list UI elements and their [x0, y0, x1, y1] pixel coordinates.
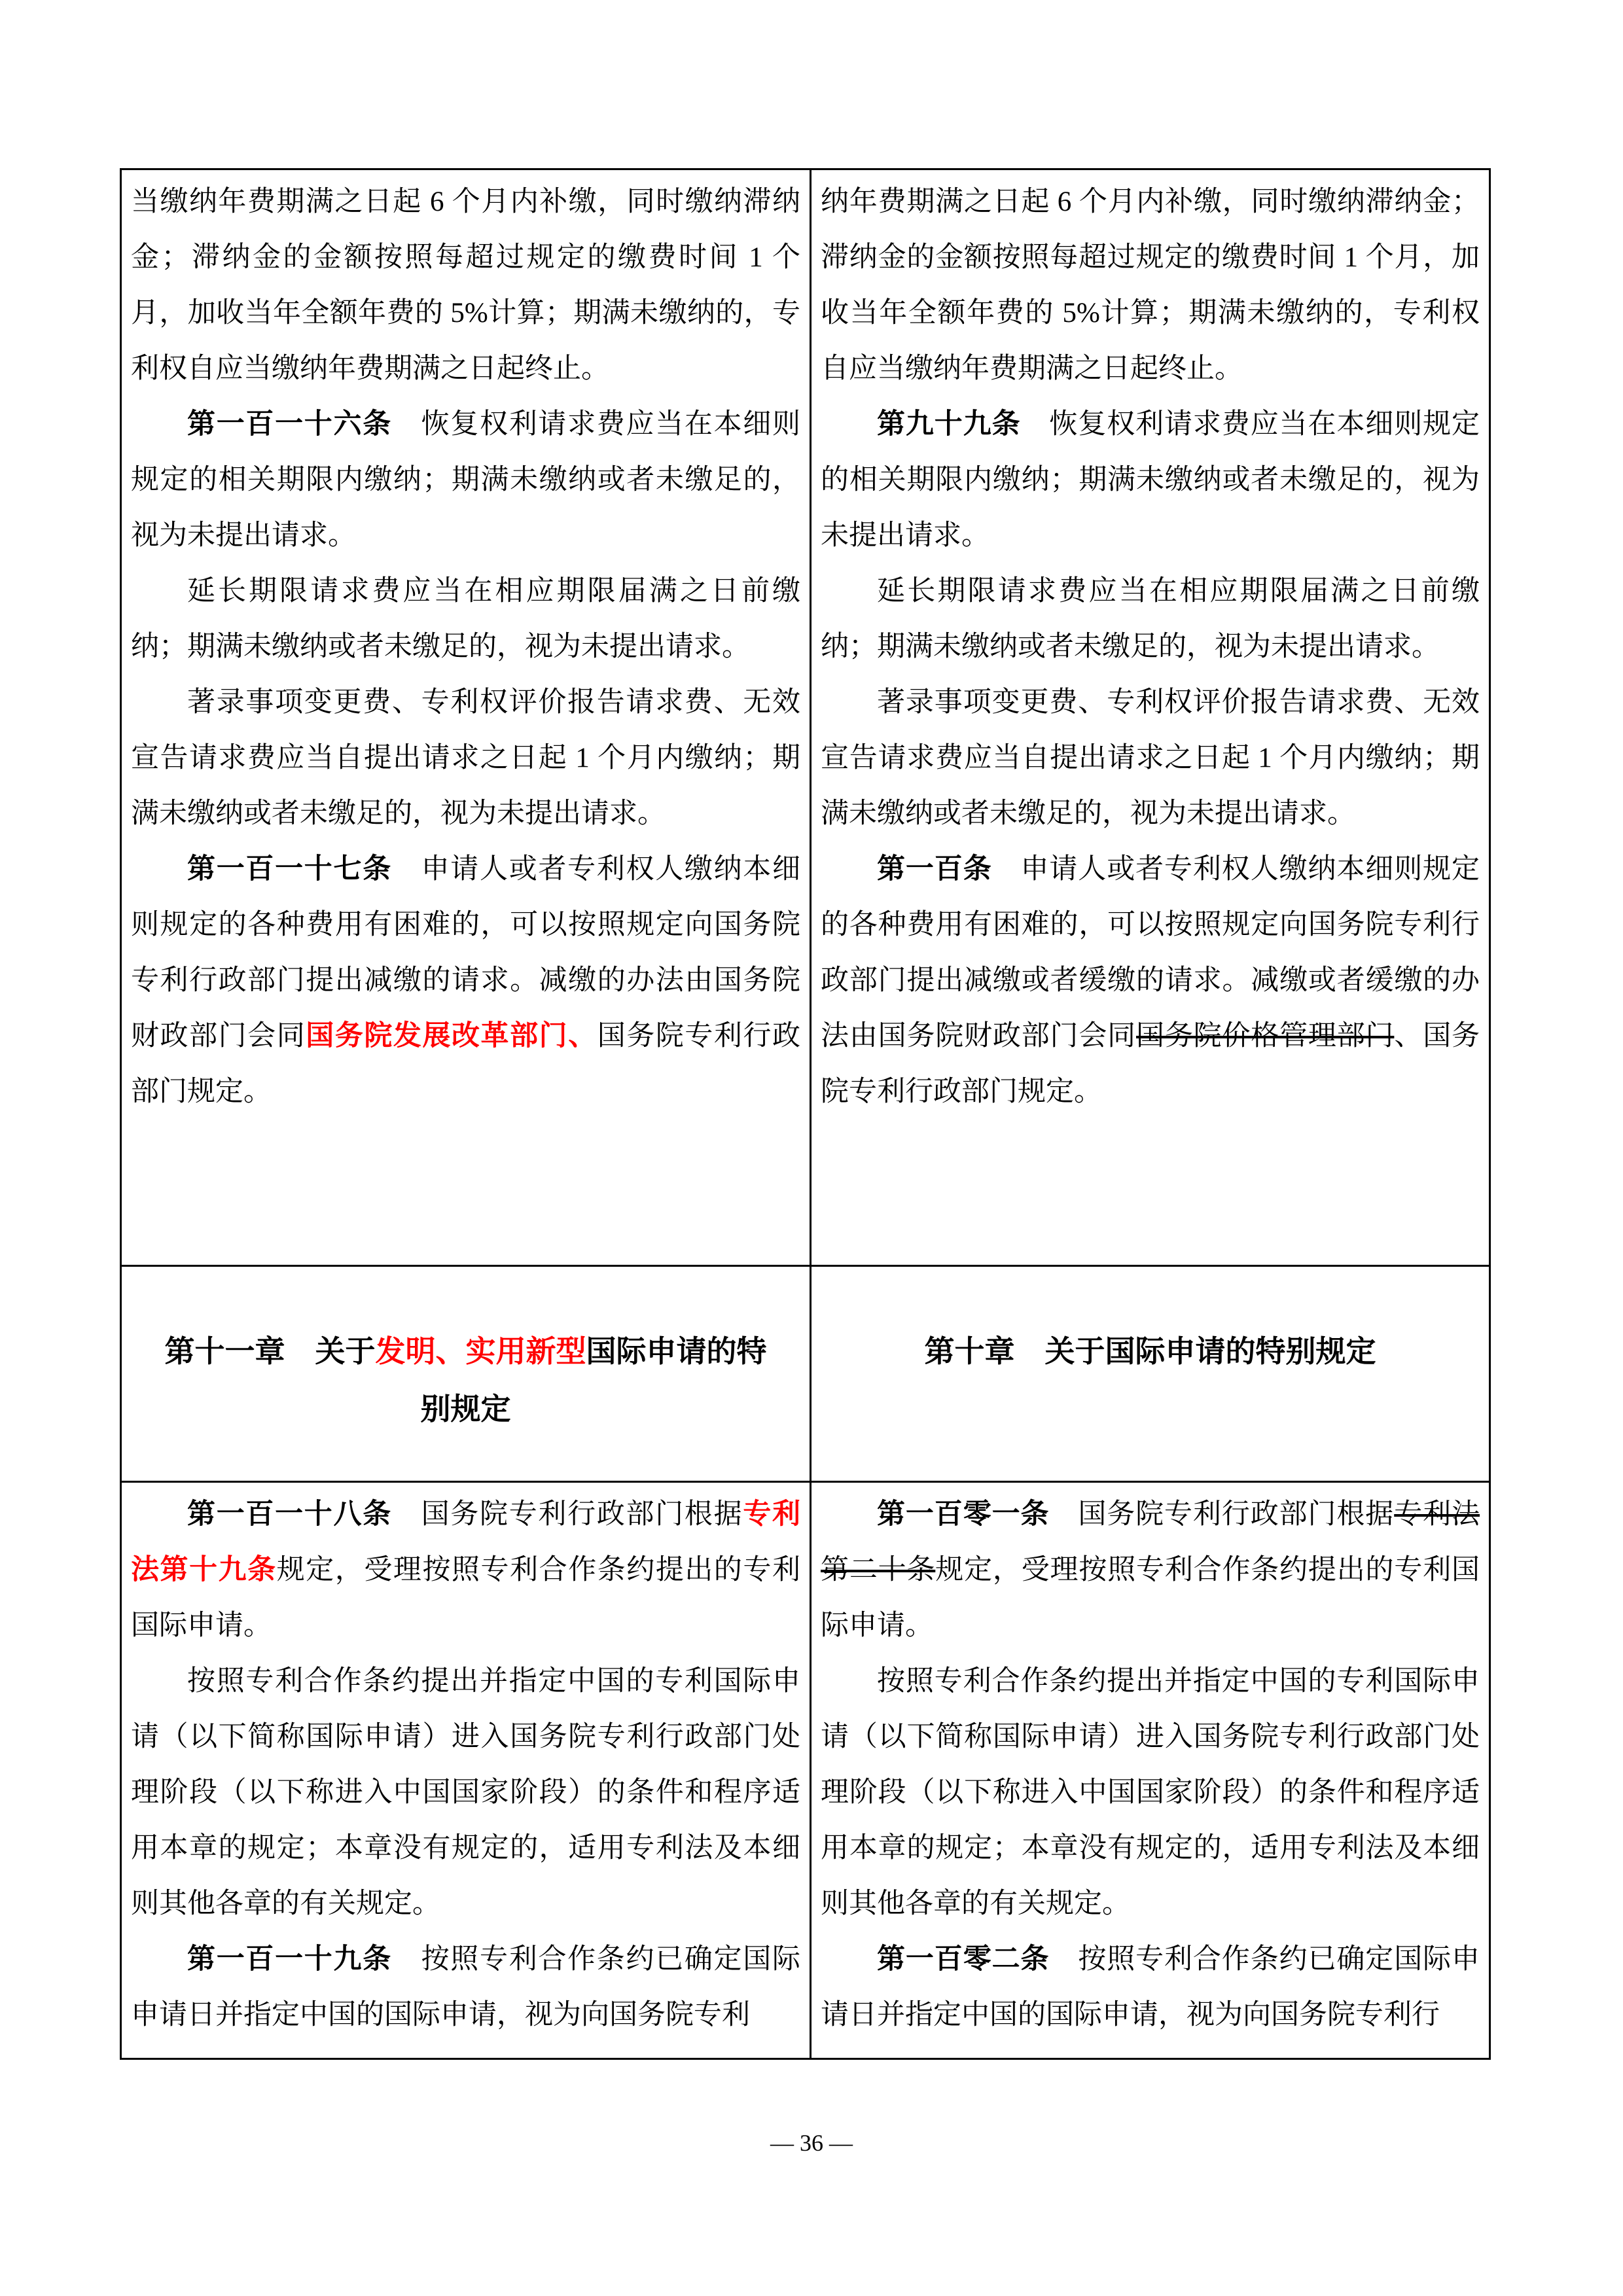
- international-section-old-text-cell: 第一百零一条 国务院专利行政部门根据专利法第二十条规定，受理按照专利合作条约提出…: [811, 1483, 1489, 2058]
- text-run: 著录事项变更费、专利权评价报告请求费、无效宣告请求费应当自提出请求之日起 1 个…: [821, 687, 1480, 829]
- text-run: 第一百一十九条: [187, 1944, 421, 1975]
- paragraph: 第一百一十九条 按照专利合作条约已确定国际申请日并指定中国的国际申请，视为向国务…: [131, 1932, 800, 2043]
- international-section-new-text-cell: 第一百一十八条 国务院专利行政部门根据专利法第十九条规定，受理按照专利合作条约提…: [122, 1483, 811, 2058]
- text-run: 延长期限请求费应当在相应期限届满之日前缴纳；期满未缴纳或者未缴足的，视为未提出请…: [821, 576, 1480, 662]
- text-run: 别规定: [421, 1392, 511, 1426]
- text-run: 第一百零二条: [877, 1944, 1078, 1975]
- text-run: 国际申请的特: [586, 1335, 767, 1368]
- document-page: 当缴纳年费期满之日起 6 个月内补缴，同时缴纳滞纳金；滞纳金的金额按照每超过规定…: [0, 0, 1623, 2296]
- chapter-heading-line: 第十章 关于国际申请的特别规定: [811, 1323, 1489, 1381]
- text-run: 第一百一十八条: [187, 1499, 421, 1530]
- text-run: 第十章 关于国际申请的特别规定: [925, 1335, 1376, 1368]
- paragraph: 第一百一十七条 申请人或者专利权人缴纳本细则规定的各种费用有困难的，可以按照规定…: [131, 841, 800, 1120]
- paragraph: 第一百一十六条 恢复权利请求费应当在本细则规定的相关期限内缴纳；期满未缴纳或者未…: [131, 397, 800, 563]
- fee-section-new-text-cell: 当缴纳年费期满之日起 6 个月内补缴，同时缴纳滞纳金；滞纳金的金额按照每超过规定…: [122, 170, 811, 1267]
- text-run: 第一百零一条: [877, 1499, 1078, 1530]
- chapter-heading-line: 别规定: [122, 1381, 810, 1438]
- paragraph: 按照专利合作条约提出并指定中国的专利国际申请（以下简称国际申请）进入国务院专利行…: [821, 1653, 1480, 1932]
- text-run: 著录事项变更费、专利权评价报告请求费、无效宣告请求费应当自提出请求之日起 1 个…: [131, 687, 800, 829]
- deleted-text: 国务院价格管理部门: [1136, 1021, 1394, 1051]
- chapter-heading-new: 第十一章 关于发明、实用新型国际申请的特别规定: [122, 1267, 811, 1483]
- paragraph: 按照专利合作条约提出并指定中国的专利国际申请（以下简称国际申请）进入国务院专利行…: [131, 1653, 800, 1932]
- paragraph: 著录事项变更费、专利权评价报告请求费、无效宣告请求费应当自提出请求之日起 1 个…: [131, 675, 800, 841]
- paragraph: 延长期限请求费应当在相应期限届满之日前缴纳；期满未缴纳或者未缴足的，视为未提出请…: [131, 563, 800, 675]
- paragraph: 第一百一十八条 国务院专利行政部门根据专利法第十九条规定，受理按照专利合作条约提…: [131, 1487, 800, 1653]
- text-run: 当缴纳年费期满之日起 6 个月内补缴，同时缴纳滞纳金；滞纳金的金额按照每超过规定…: [131, 186, 800, 384]
- paragraph: 延长期限请求费应当在相应期限届满之日前缴纳；期满未缴纳或者未缴足的，视为未提出请…: [821, 563, 1480, 675]
- text-run: 纳年费期满之日起 6 个月内补缴，同时缴纳滞纳金；滞纳金的金额按照每超过规定的缴…: [821, 186, 1480, 384]
- added-text: 发明、实用新型: [376, 1335, 586, 1368]
- paragraph: 第一百零一条 国务院专利行政部门根据专利法第二十条规定，受理按照专利合作条约提出…: [821, 1487, 1480, 1653]
- fee-section-old-text-cell: 纳年费期满之日起 6 个月内补缴，同时缴纳滞纳金；滞纳金的金额按照每超过规定的缴…: [811, 170, 1489, 1267]
- text-run: 第九十九条: [877, 409, 1049, 440]
- added-text: 国务院发展改革部门、: [306, 1021, 597, 1051]
- text-run: 延长期限请求费应当在相应期限届满之日前缴纳；期满未缴纳或者未缴足的，视为未提出请…: [131, 576, 800, 662]
- text-run: 按照专利合作条约提出并指定中国的专利国际申请（以下简称国际申请）进入国务院专利行…: [821, 1666, 1480, 1919]
- text-run: 按照专利合作条约提出并指定中国的专利国际申请（以下简称国际申请）进入国务院专利行…: [131, 1666, 800, 1919]
- paragraph: 第一百条 申请人或者专利权人缴纳本细则规定的各种费用有困难的，可以按照规定向国务…: [821, 841, 1480, 1120]
- text-run: 第十一章 关于: [165, 1335, 376, 1368]
- paragraph: 纳年费期满之日起 6 个月内补缴，同时缴纳滞纳金；滞纳金的金额按照每超过规定的缴…: [821, 174, 1480, 397]
- comparison-table: 当缴纳年费期满之日起 6 个月内补缴，同时缴纳滞纳金；滞纳金的金额按照每超过规定…: [120, 168, 1491, 2060]
- text-run: 国务院专利行政部门根据: [421, 1499, 743, 1530]
- chapter-heading-old: 第十章 关于国际申请的特别规定: [811, 1267, 1489, 1483]
- paragraph: 著录事项变更费、专利权评价报告请求费、无效宣告请求费应当自提出请求之日起 1 个…: [821, 675, 1480, 841]
- page-number: — 36 —: [0, 2128, 1623, 2158]
- text-run: 第一百一十七条: [187, 854, 421, 885]
- paragraph: 当缴纳年费期满之日起 6 个月内补缴，同时缴纳滞纳金；滞纳金的金额按照每超过规定…: [131, 174, 800, 397]
- text-run: 第一百一十六条: [187, 409, 421, 440]
- paragraph: 第九十九条 恢复权利请求费应当在本细则规定的相关期限内缴纳；期满未缴纳或者未缴足…: [821, 397, 1480, 563]
- text-run: 国务院专利行政部门根据: [1078, 1499, 1394, 1530]
- text-run: 第一百条: [877, 854, 1021, 885]
- paragraph: 第一百零二条 按照专利合作条约已确定国际申请日并指定中国的国际申请，视为向国务院…: [821, 1932, 1480, 2043]
- chapter-heading-line: 第十一章 关于发明、实用新型国际申请的特: [122, 1323, 810, 1381]
